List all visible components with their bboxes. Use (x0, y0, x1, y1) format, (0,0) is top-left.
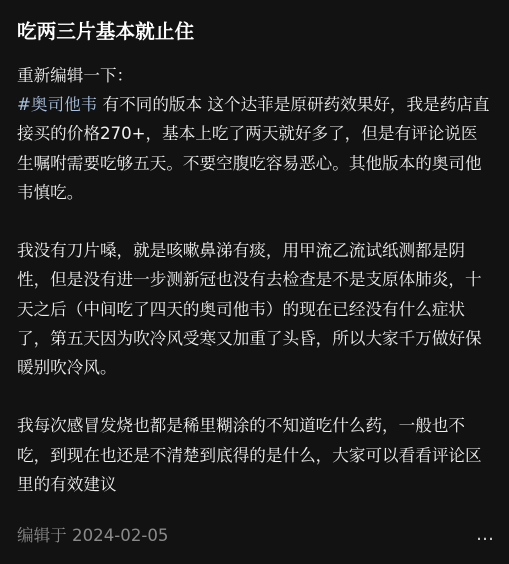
more-options-icon[interactable]: … (472, 524, 499, 545)
post-footer: 编辑于 2024-02-05 … (17, 519, 499, 549)
post-body: 重新编辑一下： #奥司他韦 有不同的版本 这个达菲是原研药效果好，我是药店直接买… (17, 61, 492, 499)
paragraph-gap (17, 207, 492, 236)
paragraph-1: 重新编辑一下： #奥司他韦 有不同的版本 这个达菲是原研药效果好，我是药店直接买… (17, 61, 492, 207)
edit-note: 重新编辑一下： (17, 66, 133, 85)
post-title: 吃两三片基本就止住 (17, 18, 492, 46)
paragraph-2: 我没有刀片嗓，就是咳嗽鼻涕有痰，用甲流乙流试纸测都是阴性，但是没有进一步测新冠也… (17, 236, 492, 382)
paragraph-gap (17, 382, 492, 411)
paragraph-3: 我每次感冒发烧也都是稀里糊涂的不知道吃什么药，一般也不吃，到现在也还是不清楚到底… (17, 411, 492, 499)
post-container: 吃两三片基本就止住 重新编辑一下： #奥司他韦 有不同的版本 这个达菲是原研药效… (0, 0, 509, 499)
hashtag-link[interactable]: #奥司他韦 (17, 95, 97, 114)
edited-date: 编辑于 2024-02-05 (17, 522, 169, 546)
